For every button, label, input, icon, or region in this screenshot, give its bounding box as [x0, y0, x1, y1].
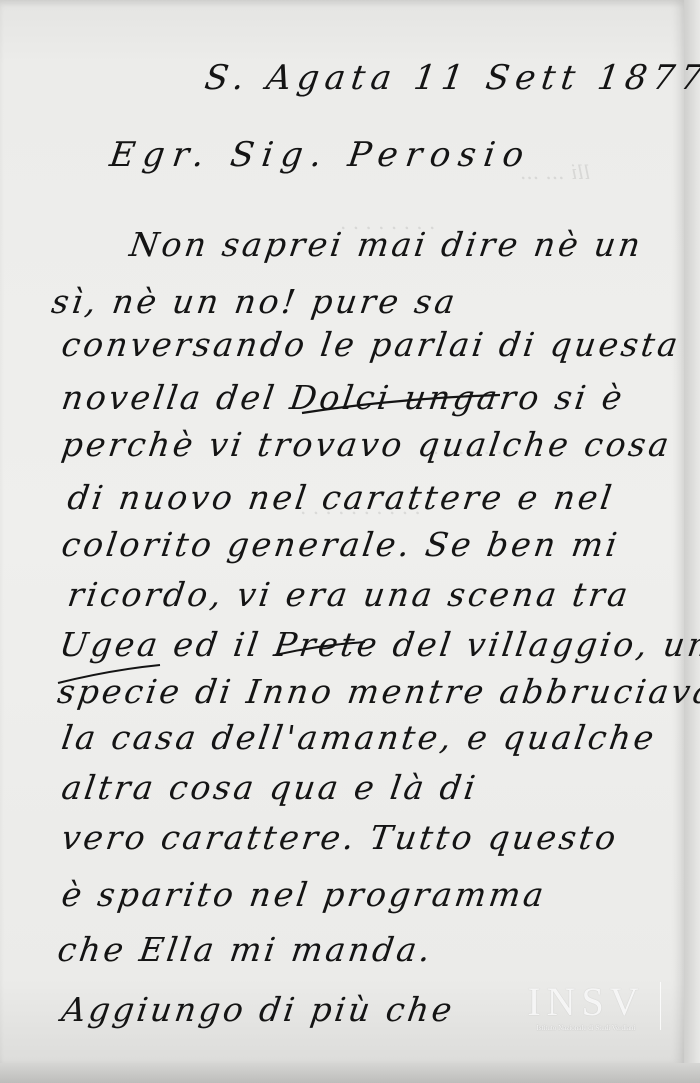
insv-watermark: INSV Istituto Nazionale di Studi Verdian… [512, 982, 661, 1030]
underline-strokes [0, 0, 700, 1083]
watermark-letters: INSV [512, 982, 660, 1022]
watermark-subtitle: Istituto Nazionale di Studi Verdiani [512, 1024, 660, 1032]
